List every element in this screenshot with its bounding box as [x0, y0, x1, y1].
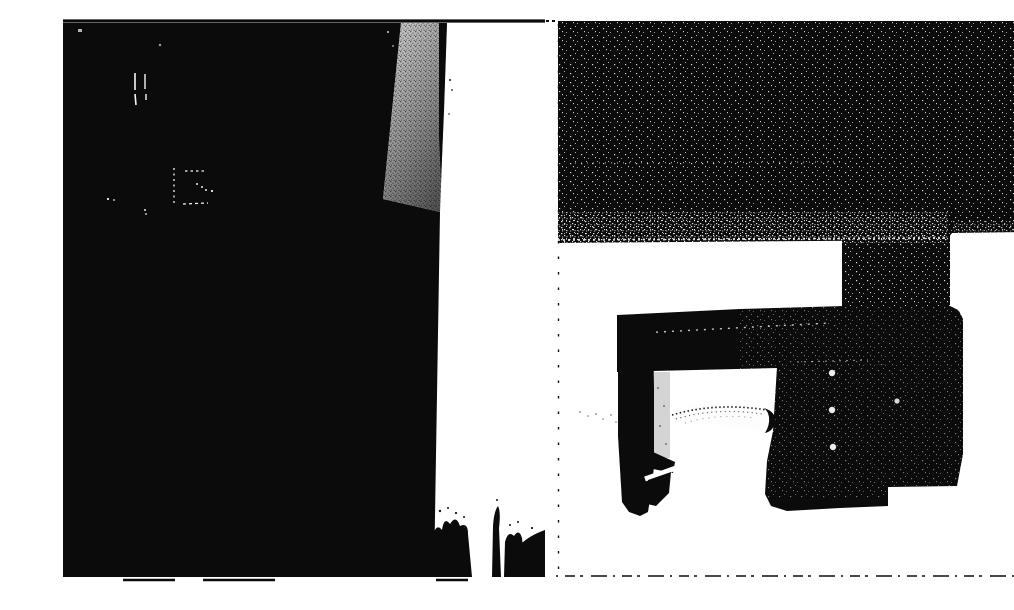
curtain-fold-line — [439, 23, 447, 181]
stool — [671, 403, 775, 433]
dark-room-mass — [63, 23, 440, 577]
kneehole-inner-panel — [654, 372, 670, 458]
kneehole-desk — [617, 304, 965, 516]
photo-right — [556, 21, 1014, 579]
wall-halftone-noise — [558, 21, 1014, 316]
floor-specks — [579, 411, 617, 423]
wall-floor-transition-band-right — [952, 221, 1014, 234]
photo-left — [63, 21, 558, 580]
desk-halftone-noise — [740, 304, 965, 499]
scan-canvas — [40, 16, 1014, 594]
plant-silhouette — [432, 499, 545, 577]
scanned-photo-spread — [40, 16, 1014, 594]
stool-seat — [671, 403, 774, 433]
